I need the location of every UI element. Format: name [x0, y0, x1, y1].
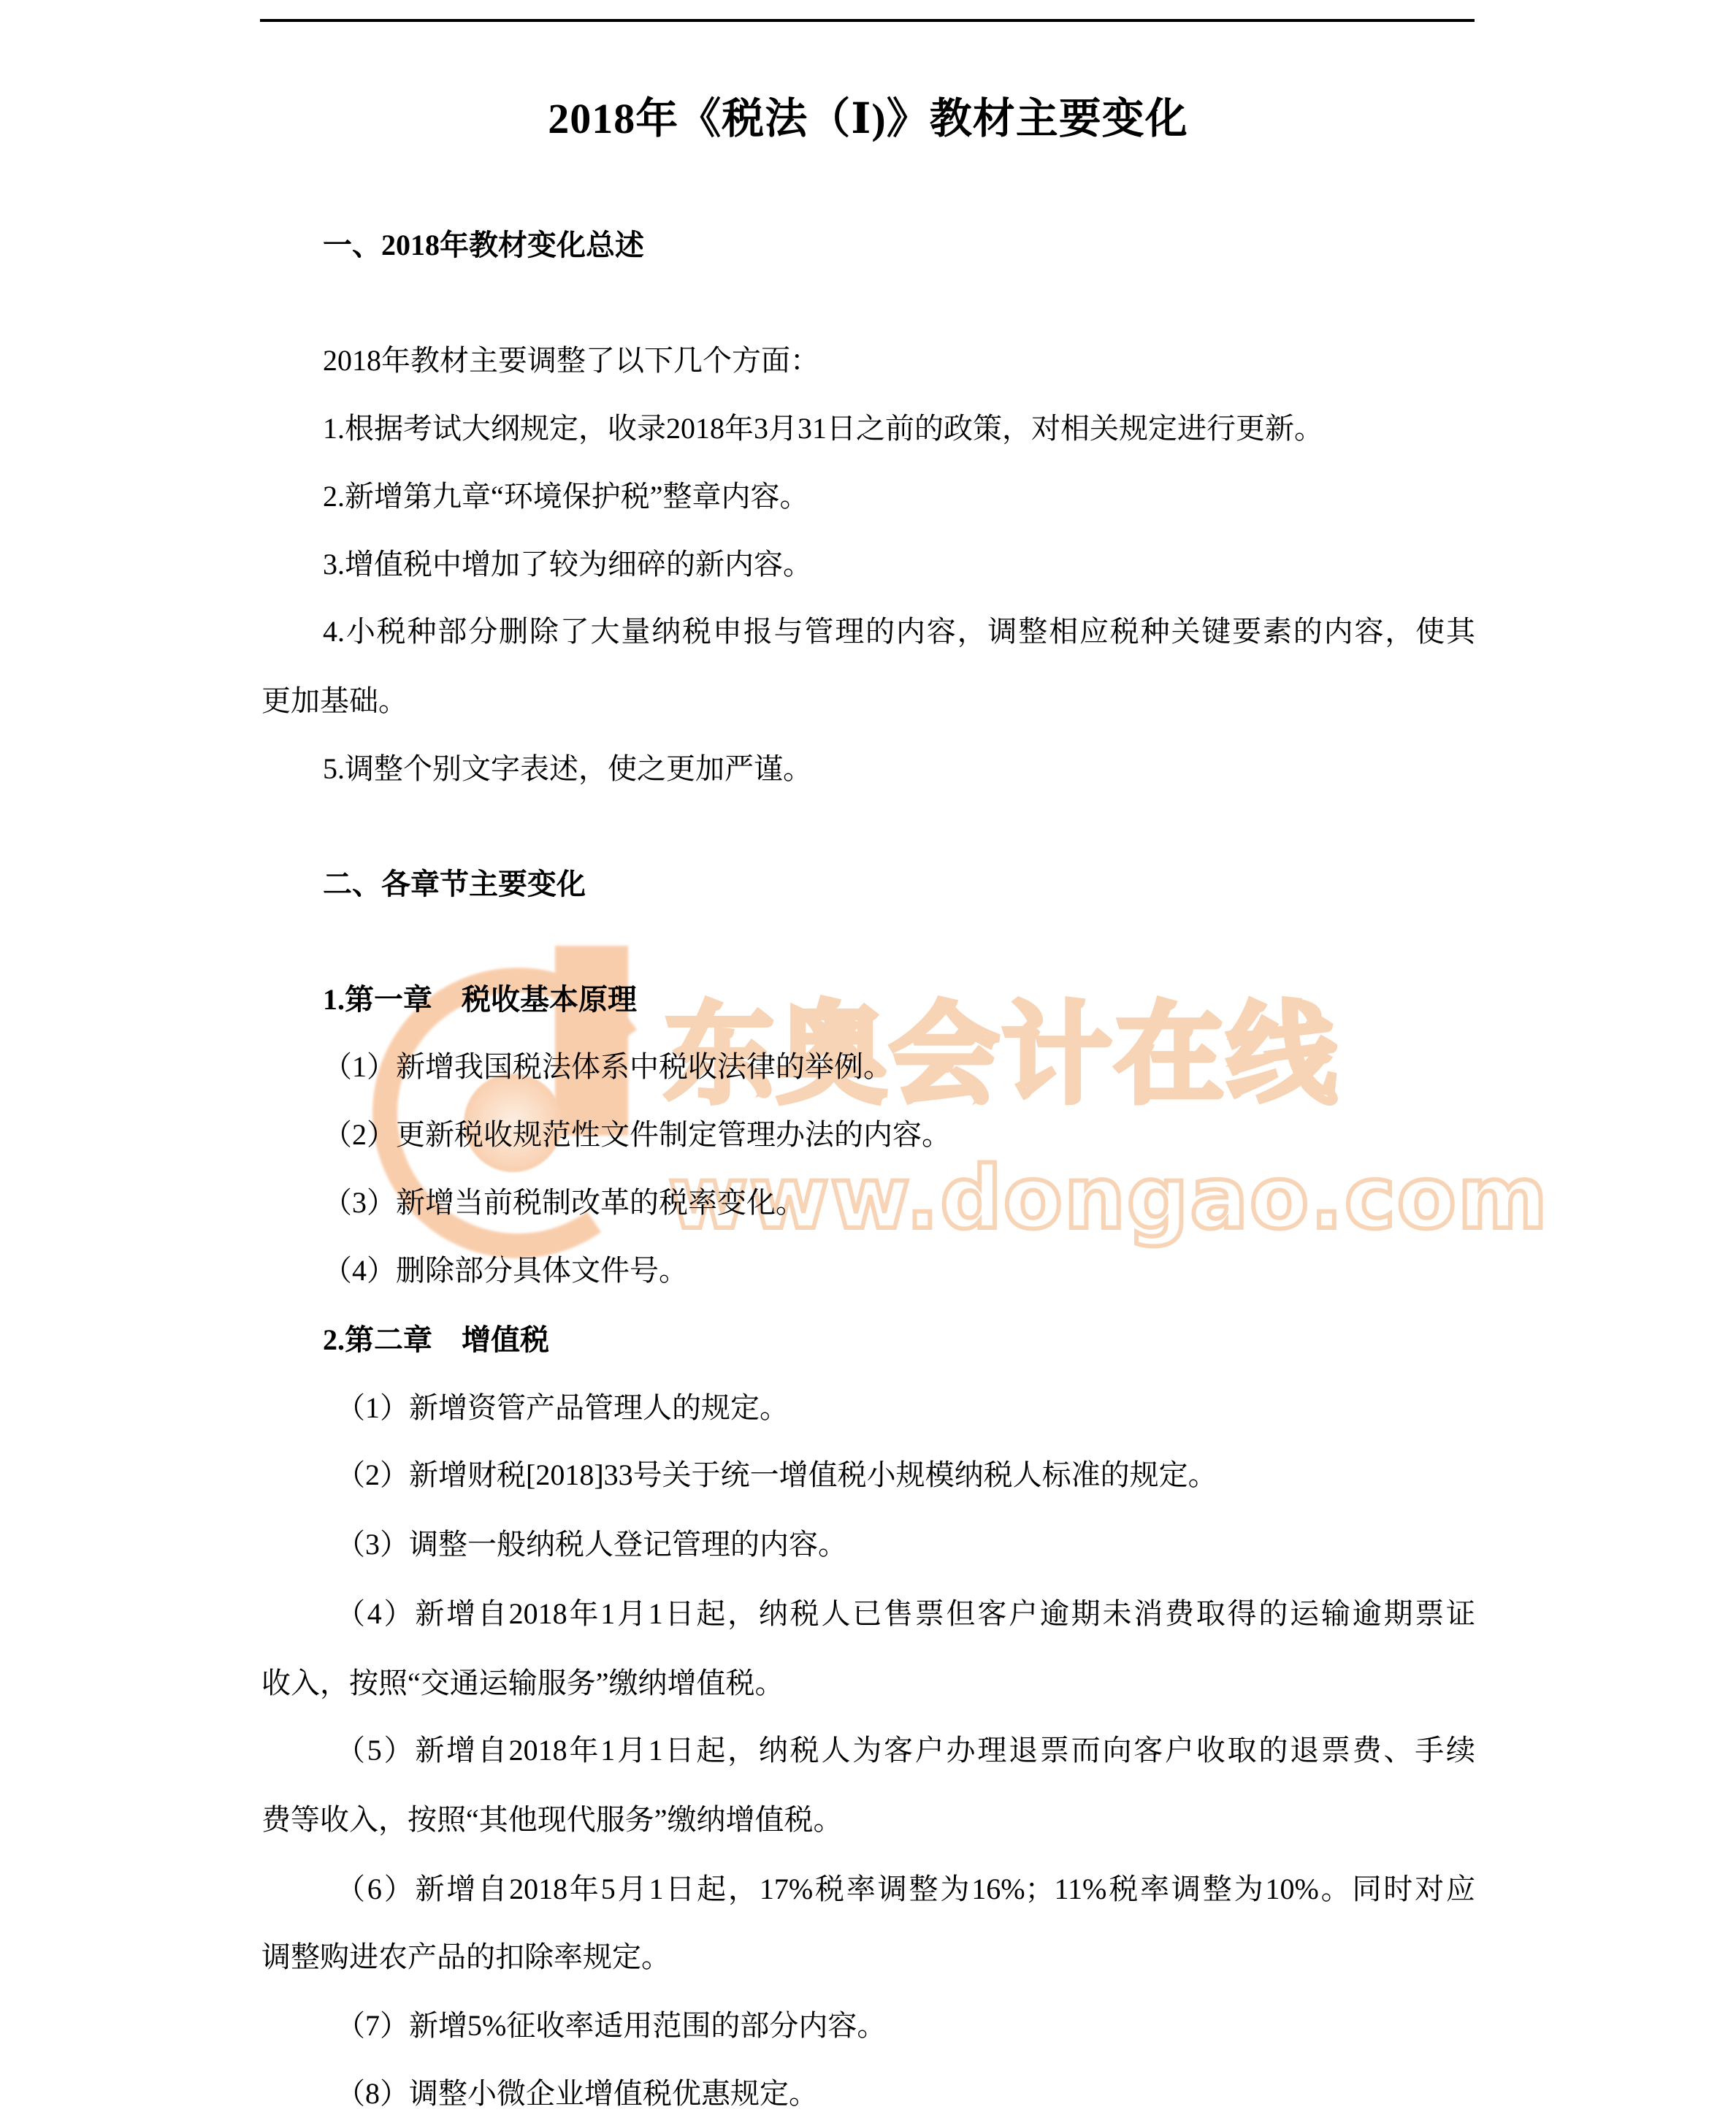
overview-point-4-continued: 更加基础。: [261, 681, 408, 722]
chapter-2-item-7: （7）新增5%征收率适用范围的部分内容。: [336, 2005, 886, 2046]
chapter-2-item-1: （1）新增资管产品管理人的规定。: [336, 1388, 789, 1428]
overview-point-4: 4.小税种部分删除了大量纳税申报与管理的内容，调整相应税种关键要素的内容，使其: [323, 611, 1475, 652]
chapter-1-item-3: （3）新增当前税制改革的税率变化。: [323, 1182, 805, 1223]
chapter-1-item-2: （2）更新税收规范性文件制定管理办法的内容。: [323, 1114, 951, 1155]
chapter-2-item-8: （8）调整小微企业增值税优惠规定。: [336, 2073, 818, 2114]
chapter-2-item-6-continued: 调整购进农产品的扣除率规定。: [261, 1937, 670, 1978]
chapter-2-item-4-continued: 收入，按照“交通运输服务”缴纳增值税。: [261, 1663, 784, 1704]
overview-point-3: 3.增值税中增加了较为细碎的新内容。: [323, 544, 812, 585]
watermark-stem-icon: [555, 946, 628, 1136]
chapter-2-item-5: （5）新增自2018年1月1日起，纳税人为客户办理退票而向客户收取的退票费、手续: [336, 1730, 1475, 1771]
document-title: 2018年《税法（Ⅰ)》教材主要变化: [0, 93, 1736, 145]
chapter-1-item-4: （4）删除部分具体文件号。: [323, 1250, 688, 1291]
chapter-1-heading: 1.第一章 税收基本原理: [323, 979, 637, 1020]
chapter-2-item-4: （4）新增自2018年1月1日起，纳税人已售票但客户逾期未消费取得的运输逾期票证: [336, 1594, 1475, 1634]
section-heading-chapters: 二、各章节主要变化: [323, 864, 586, 905]
overview-point-2: 2.新增第九章“环境保护税”整章内容。: [323, 476, 809, 517]
section-heading-overview: 一、2018年教材变化总述: [323, 225, 644, 266]
chapter-2-item-6: （6）新增自2018年5月1日起，17%税率调整为16%；11%税率调整为10%…: [336, 1869, 1475, 1910]
overview-point-1: 1.根据考试大纲规定，收录2018年3月31日之前的政策，对相关规定进行更新。: [323, 408, 1323, 449]
watermark-logo: 东奥会计在线 www.dongao.com: [336, 887, 1395, 1311]
chapter-2-item-5-continued: 费等收入，按照“其他现代服务”缴纳增值税。: [261, 1799, 843, 1840]
section-intro: 2018年教材主要调整了以下几个方面：: [323, 340, 819, 381]
chapter-2-item-3: （3）调整一般纳税人登记管理的内容。: [336, 1524, 847, 1565]
overview-point-5: 5.调整个别文字表述，使之更加严谨。: [323, 749, 812, 789]
chapter-1-item-1: （1）新增我国税法体系中税收法律的举例。: [323, 1047, 892, 1087]
chapter-2-item-2: （2）新增财税[2018]33号关于统一增值税小规模纳税人标准的规定。: [336, 1455, 1217, 1496]
header-rule: [260, 19, 1475, 22]
chapter-2-heading: 2.第二章 增值税: [323, 1320, 549, 1361]
